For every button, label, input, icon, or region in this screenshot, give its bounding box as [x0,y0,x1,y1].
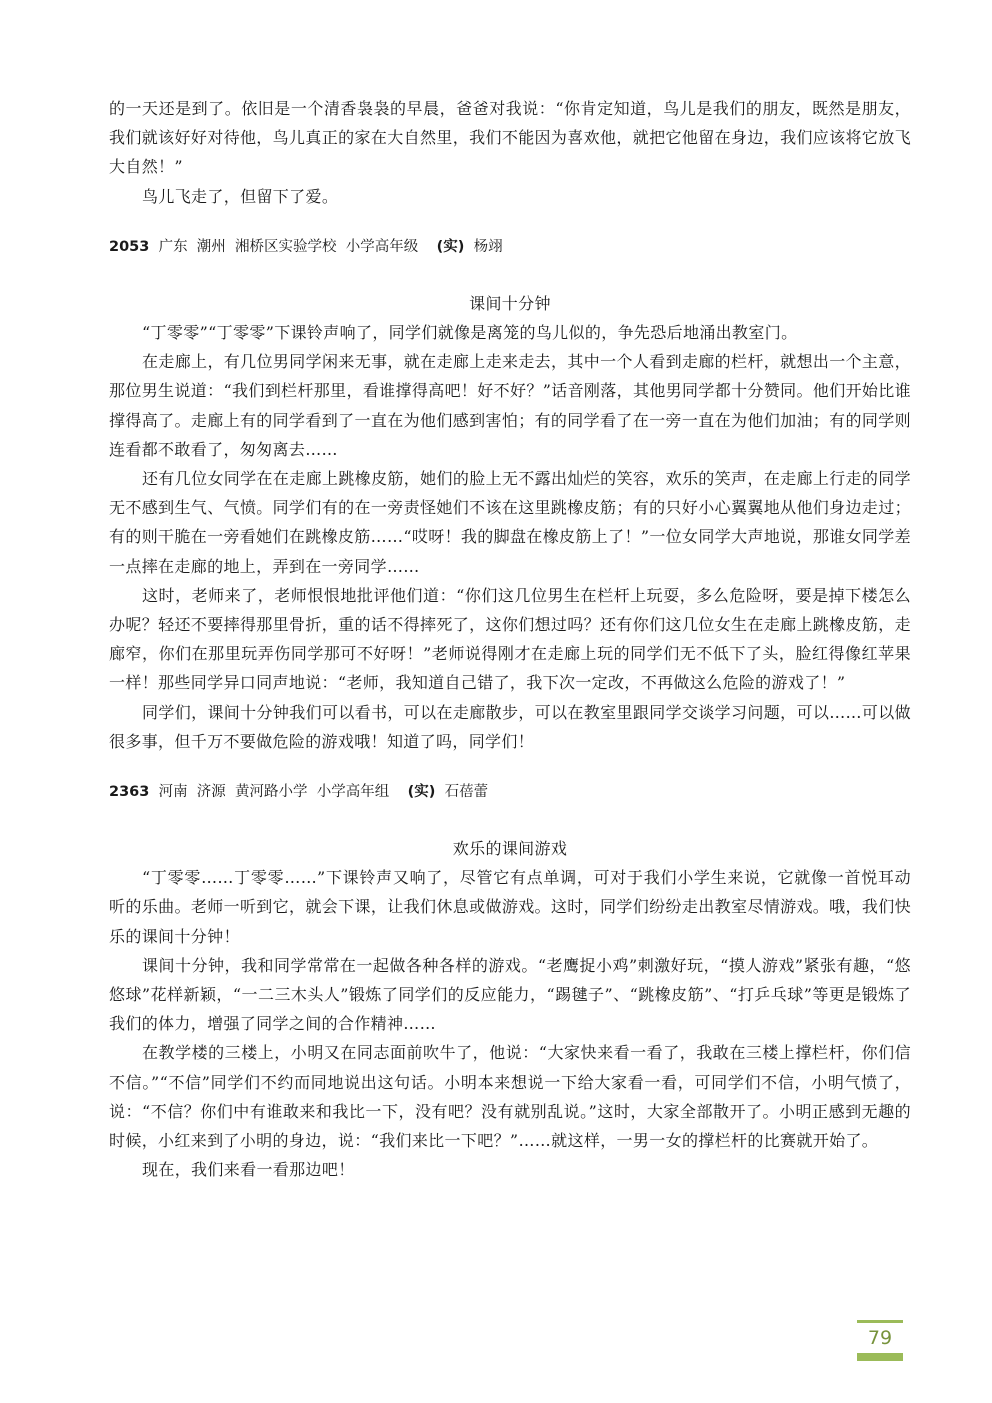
essay-entry: 2363 河南 济源 黄河路小学 小学高年组 (实) 石蓓蕾 欢乐的课间游戏 “… [109,782,911,1184]
paragraph: 同学们，课间十分钟我们可以看书，可以在走廊散步，可以在教室里跟同学交谈学习问题，… [109,698,911,756]
document-page: 的一天还是到了。依旧是一个清香袅袅的早晨，爸爸对我说：“你肯定知道，鸟儿是我们的… [109,94,911,1185]
previous-story-continuation: 的一天还是到了。依旧是一个清香袅袅的早晨，爸爸对我说：“你肯定知道，鸟儿是我们的… [109,94,911,211]
entry-province: 河南 [159,784,188,800]
paragraph: 在教学楼的三楼上，小明又在同志面前吹牛了，他说：“大家快来看一看了，我敢在三楼上… [109,1038,911,1155]
entry-id: 2053 [109,239,149,255]
essay-title: 课间十分钟 [109,289,911,318]
entry-city: 潮州 [197,239,226,255]
entry-group: 小学高年组 [317,784,390,800]
entry-header: 2053 广东 潮州 湘桥区实验学校 小学高年级 (实) 杨翊 [109,237,911,257]
entry-author: 杨翊 [474,239,503,255]
essay-title: 欢乐的课间游戏 [109,834,911,863]
entry-author: 石蓓蕾 [445,784,489,800]
entry-header: 2363 河南 济源 黄河路小学 小学高年组 (实) 石蓓蕾 [109,782,911,802]
paragraph: 这时，老师来了，老师恨恨地批评他们道：“你们这几位男生在栏杆上玩耍，多么危险呀，… [109,581,911,698]
page-number-bottom-bar [857,1353,903,1361]
page-number: 79 [857,1323,903,1353]
paragraph: 现在，我们来看一看那边吧！ [109,1155,911,1184]
paragraph: 在走廊上，有几位男同学闲来无事，就在走廊上走来走去，其中一个人看到走廊的栏杆，就… [109,347,911,464]
paragraph: 课间十分钟，我和同学常常在一起做各种各样的游戏。“老鹰捉小鸡”刺激好玩，“摸人游… [109,951,911,1039]
paragraph: 还有几位女同学在在走廊上跳橡皮筋，她们的脸上无不露出灿烂的笑容，欢乐的笑声，在走… [109,464,911,581]
entry-city: 济源 [197,784,226,800]
paragraph: 的一天还是到了。依旧是一个清香袅袅的早晨，爸爸对我说：“你肯定知道，鸟儿是我们的… [109,94,911,182]
entry-id: 2363 [109,784,149,800]
entry-group: 小学高年级 [346,239,419,255]
page-number-block: 79 [857,1320,903,1361]
paragraph: 鸟儿飞走了，但留下了爱。 [109,182,911,211]
entry-tag: (实) [437,239,465,255]
paragraph: “丁零零”“丁零零”下课铃声响了，同学们就像是离笼的鸟儿似的，争先恐后地涌出教室… [109,318,911,347]
entry-school: 黄河路小学 [235,784,308,800]
paragraph: “丁零零……丁零零……”下课铃声又响了，尽管它有点单调，可对于我们小学生来说，它… [109,863,911,951]
entry-school: 湘桥区实验学校 [235,239,337,255]
entry-province: 广东 [159,239,188,255]
entry-tag: (实) [408,784,436,800]
essay-entry: 2053 广东 潮州 湘桥区实验学校 小学高年级 (实) 杨翊 课间十分钟 “丁… [109,237,911,756]
